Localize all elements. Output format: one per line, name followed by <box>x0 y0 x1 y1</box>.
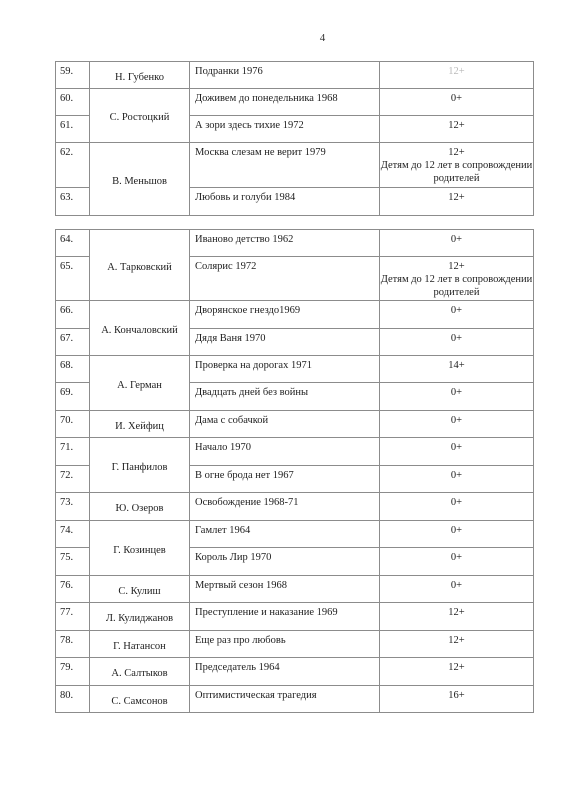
director-cell: С. Ростоцкий <box>90 89 190 143</box>
film-title: Мертвый сезон 1968 <box>190 576 380 603</box>
table-row: 78. Г. Натансон Еще раз про любовь 12+ <box>56 631 534 658</box>
age-rating: 12+ <box>380 603 534 631</box>
film-title: Проверка на дорогах 1971 <box>190 356 380 383</box>
film-title: Король Лир 1970 <box>190 548 380 576</box>
row-number: 67. <box>56 329 90 356</box>
row-number: 69. <box>56 383 90 411</box>
row-number: 80. <box>56 686 90 713</box>
age-rating: 14+ <box>380 356 534 383</box>
film-title: Еще раз про любовь <box>190 631 380 658</box>
age-rating: 0+ <box>380 89 534 116</box>
film-title: А зори здесь тихие 1972 <box>190 116 380 143</box>
page-number: 4 <box>0 32 565 44</box>
director-cell: Г. Натансон <box>90 631 190 658</box>
film-title: Солярис 1972 <box>190 257 380 301</box>
table-row: 80. С. Самсонов Оптимистическая трагедия… <box>56 686 534 713</box>
film-title: Гамлет 1964 <box>190 521 380 548</box>
rating-value: 12+ <box>448 66 464 77</box>
age-rating: 0+ <box>380 521 534 548</box>
row-number: 64. <box>56 230 90 257</box>
age-rating: 0+ <box>380 329 534 356</box>
row-number: 68. <box>56 356 90 383</box>
age-rating: 0+ <box>380 466 534 493</box>
table-row: 73. Ю. Озеров Освобождение 1968-71 0+ <box>56 493 534 521</box>
age-rating: 0+ <box>380 548 534 576</box>
director-cell: А. Тарковский <box>90 230 190 301</box>
film-title: Любовь и голуби 1984 <box>190 188 380 216</box>
table-row: 74. Г. Козинцев Гамлет 1964 0+ <box>56 521 534 548</box>
table-row: 64. А. Тарковский Иваново детство 1962 0… <box>56 230 534 257</box>
row-number: 71. <box>56 438 90 466</box>
row-number: 65. <box>56 257 90 301</box>
director-cell: А. Герман <box>90 356 190 411</box>
film-title: Дворянское гнездо1969 <box>190 301 380 329</box>
director-cell: Н. Губенко <box>90 62 190 89</box>
film-title: Оптимистическая трагедия <box>190 686 380 713</box>
table-row: 77. Л. Кулиджанов Преступление и наказан… <box>56 603 534 631</box>
age-rating: 0+ <box>380 576 534 603</box>
table-row: 76. С. Кулиш Мертвый сезон 1968 0+ <box>56 576 534 603</box>
row-number: 78. <box>56 631 90 658</box>
row-number: 79. <box>56 658 90 686</box>
row-number: 60. <box>56 89 90 116</box>
table-row: 60. С. Ростоцкий Доживем до понедельника… <box>56 89 534 116</box>
row-number: 59. <box>56 62 90 89</box>
row-number: 62. <box>56 143 90 188</box>
rating-note: Детям до 12 лет в сопровождении родителе… <box>380 273 533 299</box>
age-rating: 12+ Детям до 12 лет в сопровождении роди… <box>380 143 534 188</box>
film-title: Дядя Ваня 1970 <box>190 329 380 356</box>
rating-value: 12+ <box>448 261 464 272</box>
age-rating: 12+ <box>380 62 534 89</box>
row-number: 77. <box>56 603 90 631</box>
age-rating: 0+ <box>380 230 534 257</box>
age-rating: 0+ <box>380 383 534 411</box>
director-cell: Л. Кулиджанов <box>90 603 190 631</box>
table-row: 70. И. Хейфиц Дама с собачкой 0+ <box>56 411 534 438</box>
age-rating: 12+ <box>380 188 534 216</box>
age-rating: 16+ <box>380 686 534 713</box>
director-cell: А. Салтыков <box>90 658 190 686</box>
row-number: 70. <box>56 411 90 438</box>
director-cell: В. Меньшов <box>90 143 190 216</box>
row-number: 61. <box>56 116 90 143</box>
film-title: Подранки 1976 <box>190 62 380 89</box>
age-rating: 12+ <box>380 631 534 658</box>
film-title: Начало 1970 <box>190 438 380 466</box>
table-row: 59. Н. Губенко Подранки 1976 12+ <box>56 62 534 89</box>
table-row: 79. А. Салтыков Председатель 1964 12+ <box>56 658 534 686</box>
film-table-2: 64. А. Тарковский Иваново детство 1962 0… <box>55 229 534 713</box>
film-title: Преступление и наказание 1969 <box>190 603 380 631</box>
film-title: Освобождение 1968-71 <box>190 493 380 521</box>
film-title: Доживем до понедельника 1968 <box>190 89 380 116</box>
film-title: В огне брода нет 1967 <box>190 466 380 493</box>
rating-value: 12+ <box>448 147 464 158</box>
row-number: 75. <box>56 548 90 576</box>
age-rating: 12+ <box>380 658 534 686</box>
age-rating: 12+ Детям до 12 лет в сопровождении роди… <box>380 257 534 301</box>
table-row: 62. В. Меньшов Москва слезам не верит 19… <box>56 143 534 188</box>
director-cell: Г. Козинцев <box>90 521 190 576</box>
table-row: 68. А. Герман Проверка на дорогах 1971 1… <box>56 356 534 383</box>
director-cell: А. Кончаловский <box>90 301 190 356</box>
row-number: 74. <box>56 521 90 548</box>
row-number: 63. <box>56 188 90 216</box>
age-rating: 0+ <box>380 438 534 466</box>
row-number: 73. <box>56 493 90 521</box>
row-number: 66. <box>56 301 90 329</box>
table-row: 71. Г. Панфилов Начало 1970 0+ <box>56 438 534 466</box>
film-title: Иваново детство 1962 <box>190 230 380 257</box>
row-number: 72. <box>56 466 90 493</box>
row-number: 76. <box>56 576 90 603</box>
film-title: Москва слезам не верит 1979 <box>190 143 380 188</box>
director-cell: И. Хейфиц <box>90 411 190 438</box>
film-title: Председатель 1964 <box>190 658 380 686</box>
age-rating: 0+ <box>380 301 534 329</box>
table-row: 66. А. Кончаловский Дворянское гнездо196… <box>56 301 534 329</box>
director-cell: Ю. Озеров <box>90 493 190 521</box>
film-table-1: 59. Н. Губенко Подранки 1976 12+ 60. С. … <box>55 61 534 216</box>
film-title: Двадцать дней без войны <box>190 383 380 411</box>
age-rating: 0+ <box>380 411 534 438</box>
director-cell: С. Кулиш <box>90 576 190 603</box>
rating-note: Детям до 12 лет в сопровождении родителе… <box>380 159 533 185</box>
age-rating: 12+ <box>380 116 534 143</box>
film-title: Дама с собачкой <box>190 411 380 438</box>
director-cell: С. Самсонов <box>90 686 190 713</box>
age-rating: 0+ <box>380 493 534 521</box>
director-cell: Г. Панфилов <box>90 438 190 493</box>
